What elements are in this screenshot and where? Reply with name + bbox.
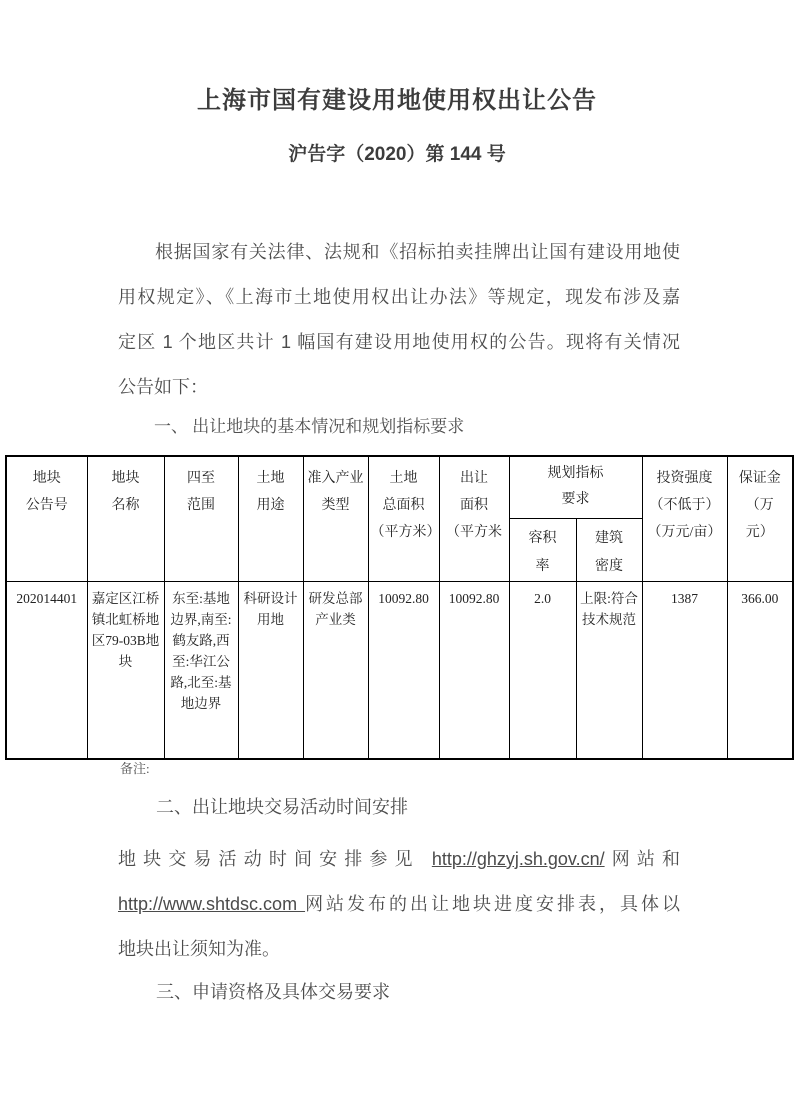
shtdsc-website-link[interactable]: http://www.shtdsc.com <box>118 894 305 914</box>
intro-line: 用权规定》、《上海市土地使用权出让办法》等规定，现发布涉及嘉 <box>118 275 680 320</box>
header-industry-type: 准入产业 类型 <box>303 456 368 581</box>
land-parcel-table: 地块 公告号 地块 名称 四至 范围 土地 用途 准入产业 类型 土地 总面积 … <box>5 455 794 760</box>
cell-investment-intensity: 1387 <box>642 581 727 759</box>
cell-total-area: 10092.80 <box>368 581 439 759</box>
table-remark-label: 备注: <box>120 760 150 778</box>
header-total-area: 土地 总面积 （平方米） <box>368 456 439 581</box>
schedule-line: http://www.shtdsc.com 网站发布的出让地块进度安排表，具体以 <box>118 882 680 927</box>
header-announcement-no: 地块 公告号 <box>6 456 87 581</box>
header-floor-area-ratio: 容积 率 <box>509 518 576 581</box>
document-number: 沪告字（2020）第 144 号 <box>0 142 794 168</box>
cell-deposit: 366.00 <box>727 581 793 759</box>
header-transfer-area: 出让 面积 （平方米 <box>439 456 509 581</box>
section-one-heading: 一、 出让地块的基本情况和规划指标要求 <box>154 415 464 439</box>
document-title: 上海市国有建设用地使用权出让公告 <box>0 86 794 116</box>
header-parcel-name: 地块 名称 <box>87 456 164 581</box>
cell-floor-area-ratio: 2.0 <box>509 581 576 759</box>
intro-paragraph: 根据国家有关法律、法规和《招标拍卖挂牌出让国有建设用地使 用权规定》、《上海市土… <box>118 230 680 410</box>
announcement-document-page: 上海市国有建设用地使用权出让公告 沪告字（2020）第 144 号 根据国家有关… <box>0 0 794 1108</box>
schedule-line: 地块交易活动时间安排参见 http://ghzyj.sh.gov.cn/网站和 <box>118 837 680 882</box>
cell-industry-type: 研发总部产业类 <box>303 581 368 759</box>
header-boundaries: 四至 范围 <box>164 456 238 581</box>
cell-parcel-name: 嘉定区江桥镇北虹桥地区79-03B地块 <box>87 581 164 759</box>
intro-line: 根据国家有关法律、法规和《招标拍卖挂牌出让国有建设用地使 <box>118 230 680 275</box>
header-land-use: 土地 用途 <box>238 456 303 581</box>
section-three-heading: 三、申请资格及具体交易要求 <box>156 979 390 1005</box>
header-investment-intensity: 投资强度 （不低于） （万元/亩） <box>642 456 727 581</box>
header-building-density: 建筑 密度 <box>576 518 642 581</box>
schedule-text: 地块交易活动时间安排参见 <box>118 849 432 869</box>
cell-building-density: 上限:符合技术规范 <box>576 581 642 759</box>
intro-line: 定区 1 个地区共计 1 幅国有建设用地使用权的公告。现将有关情况 <box>118 320 680 365</box>
cell-land-use: 科研设计用地 <box>238 581 303 759</box>
header-deposit: 保证金 （万 元） <box>727 456 793 581</box>
cell-announcement-no: 202014401 <box>6 581 87 759</box>
ghzyj-website-link[interactable]: http://ghzyj.sh.gov.cn/ <box>432 849 605 869</box>
cell-transfer-area: 10092.80 <box>439 581 509 759</box>
schedule-text: 网站发布的出让地块进度安排表，具体以 <box>305 894 680 914</box>
intro-line: 公告如下： <box>118 365 680 410</box>
cell-boundaries: 东至:基地边界,南至:鹤友路,西至:华江公路,北至:基地边界 <box>164 581 238 759</box>
header-planning-indicators-group: 规划指标 要求 <box>509 456 642 518</box>
schedule-text: 网站和 <box>605 849 680 869</box>
table-row: 202014401 嘉定区江桥镇北虹桥地区79-03B地块 东至:基地边界,南至… <box>6 581 793 759</box>
section-two-heading: 二、出让地块交易活动时间安排 <box>156 794 408 820</box>
table-header-row: 地块 公告号 地块 名称 四至 范围 土地 用途 准入产业 类型 土地 总面积 … <box>6 456 793 518</box>
schedule-line: 地块出让须知为准。 <box>118 927 680 972</box>
schedule-paragraph: 地块交易活动时间安排参见 http://ghzyj.sh.gov.cn/网站和 … <box>118 837 680 972</box>
